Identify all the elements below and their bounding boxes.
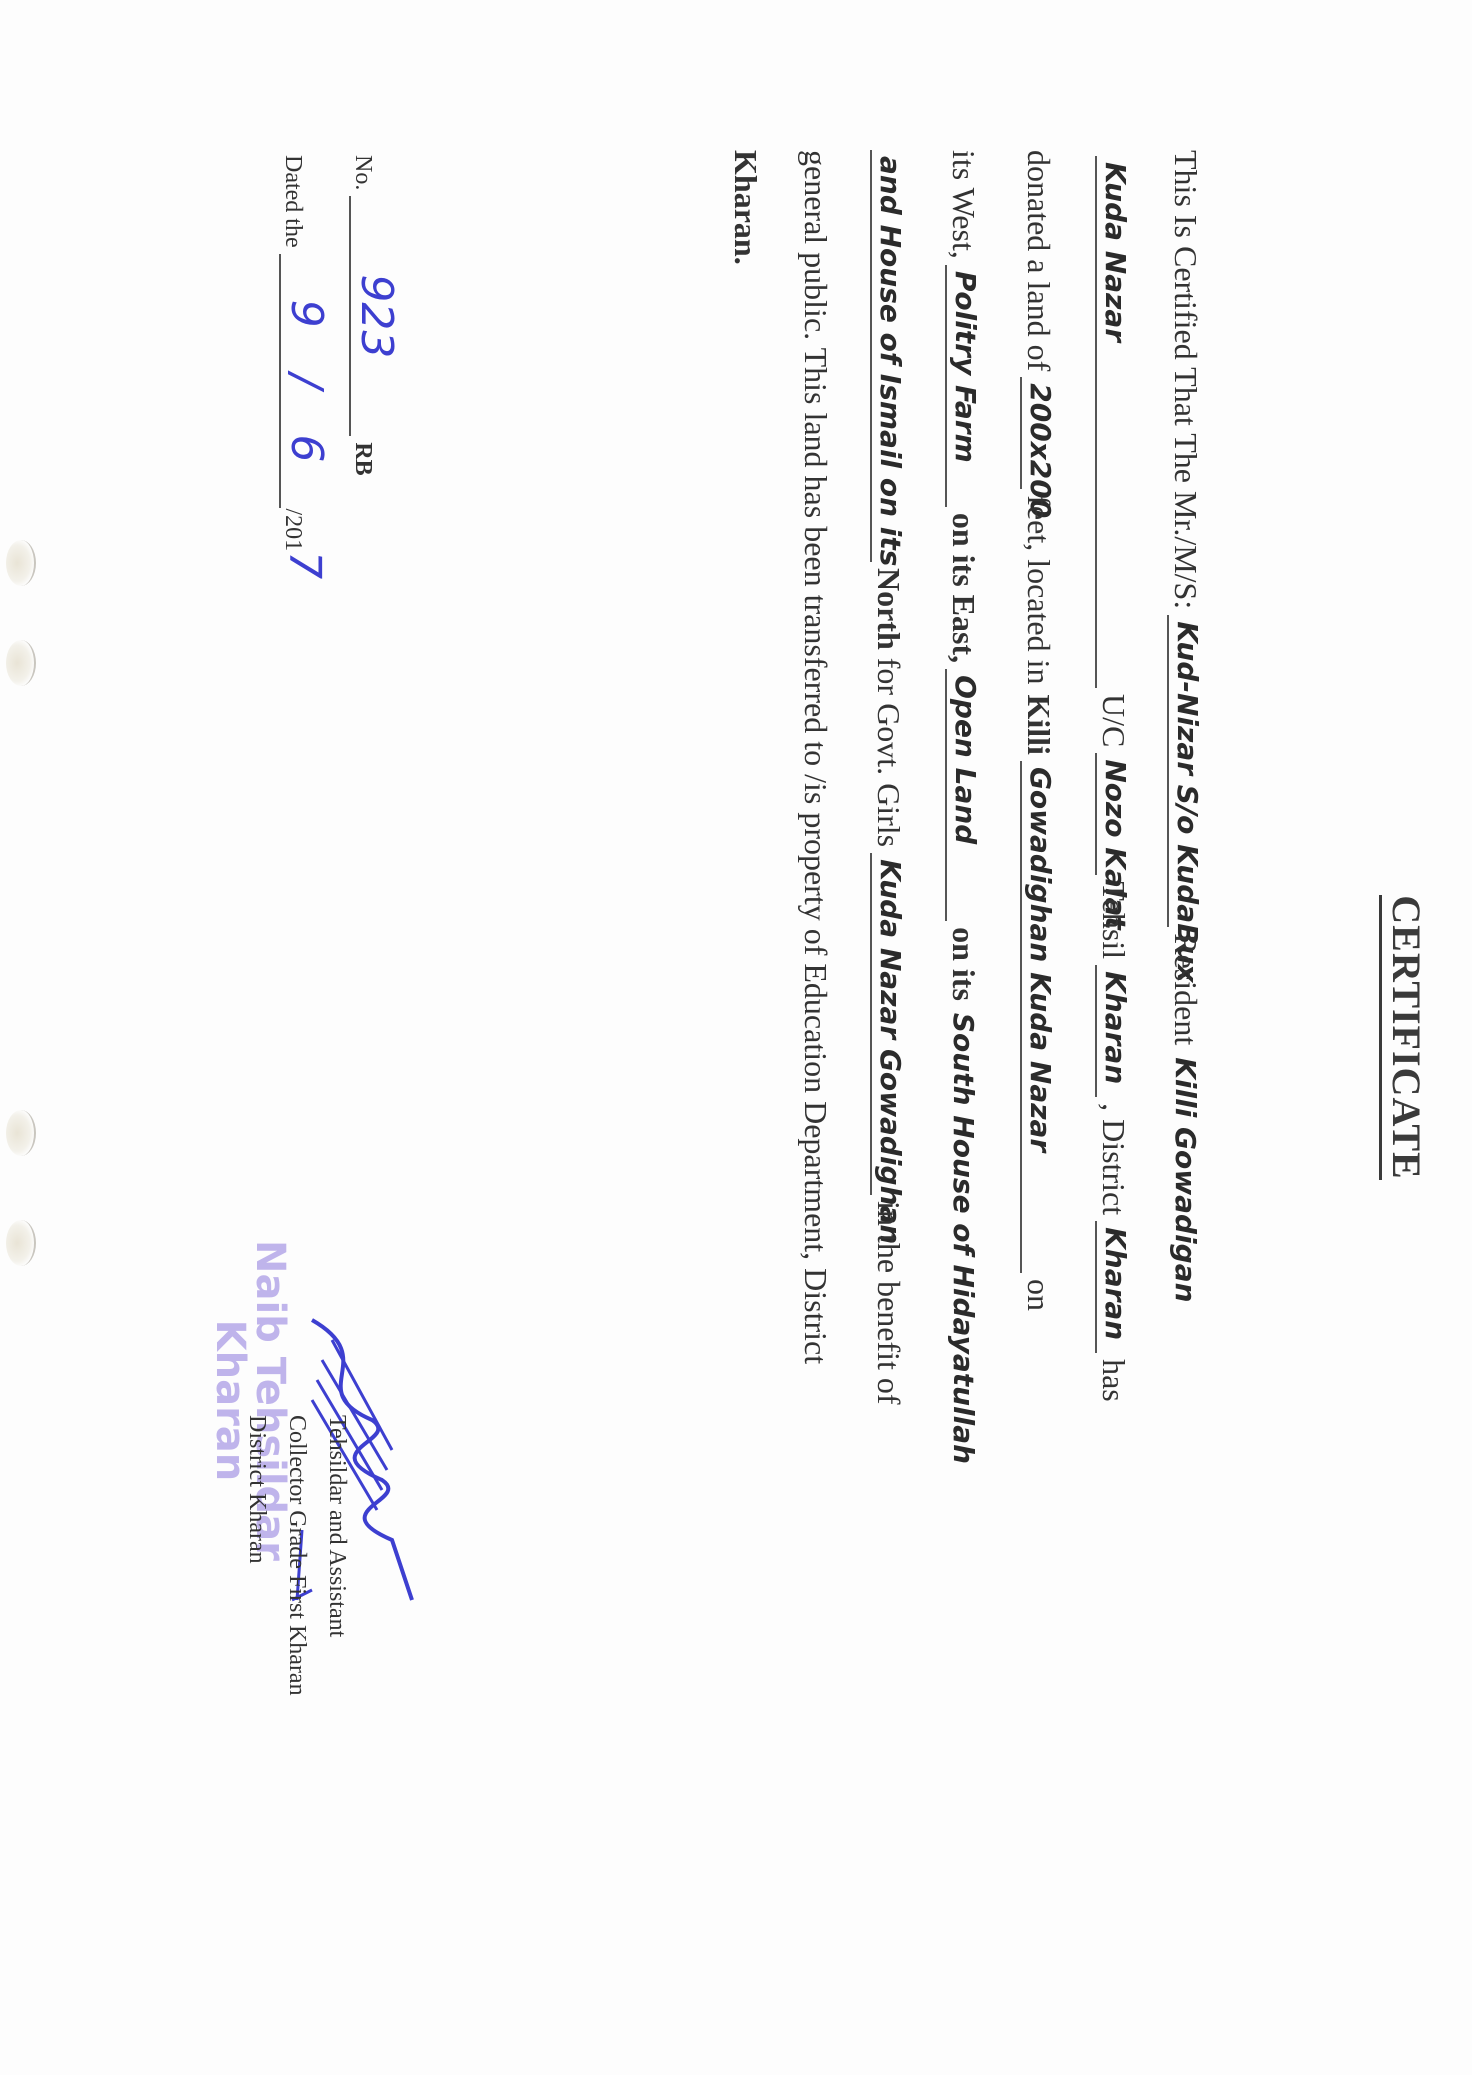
body-line-5: and House of Ismail on its North for Gov…: [870, 150, 907, 1405]
punch-hole: [6, 1110, 36, 1156]
resident-field: Killi Gowadigan: [1167, 1051, 1202, 1433]
south-boundary-field: South House of Hidayatullah: [945, 1007, 980, 1439]
body-line-3: donated a land of 200x200 feet, located …: [1020, 150, 1057, 1311]
dated-line: Dated the 9 / 6 /201 7: [279, 155, 332, 579]
date-month: 6: [279, 388, 332, 508]
body-line-7: Kharan.: [727, 150, 764, 265]
body-line-1: This Is Certified That The Mr./M/S: Kud-…: [1167, 150, 1204, 1439]
village-field: Kuda Nazar: [1095, 156, 1132, 688]
school-field: Kuda Nazar Gowadighan: [870, 853, 907, 1195]
signatory-title: Tehsildar and Assistant: [317, 1415, 357, 1637]
punch-hole: [6, 1220, 36, 1266]
district-field: Kharan: [1095, 1221, 1132, 1353]
body-line-6: general public. This land has been trans…: [797, 150, 834, 1364]
date-year-digit: 7: [279, 551, 330, 579]
west-boundary-field: Politry Farm: [945, 265, 982, 507]
uc-field: Nozo Kalat: [1095, 753, 1132, 875]
date-day: 9: [279, 254, 332, 374]
east-boundary-field: Open Land: [945, 669, 982, 921]
north-boundary-field: and House of Ismail on its: [870, 150, 907, 562]
punch-hole: [6, 540, 36, 586]
name-field: Kud-Nizar S/o KudaBux: [1167, 615, 1204, 927]
body-line-4: its West, Politry Farm on its East, Open…: [945, 150, 982, 1445]
certificate-title: CERTIFICATE: [1383, 0, 1430, 2075]
reference-number: No. 923 RB: [349, 155, 402, 476]
tehsil-field: Kharan: [1095, 965, 1132, 1097]
body-line-2: Kuda Nazar U/C Nozo Kalat Tehsil Kharan …: [1095, 150, 1132, 1402]
punch-hole: [6, 640, 36, 686]
location-field: Gowadighan Kuda Nazar: [1020, 761, 1057, 1273]
land-size-field: 200x200: [1020, 377, 1057, 489]
reference-number-value: 923: [349, 196, 402, 436]
signatory-title-3: District Kharan: [237, 1415, 277, 1564]
signatory-title-2: Collector Grade First Kharan: [277, 1415, 317, 1696]
certificate-page: CERTIFICATE This Is Certified That The M…: [0, 0, 1472, 2075]
